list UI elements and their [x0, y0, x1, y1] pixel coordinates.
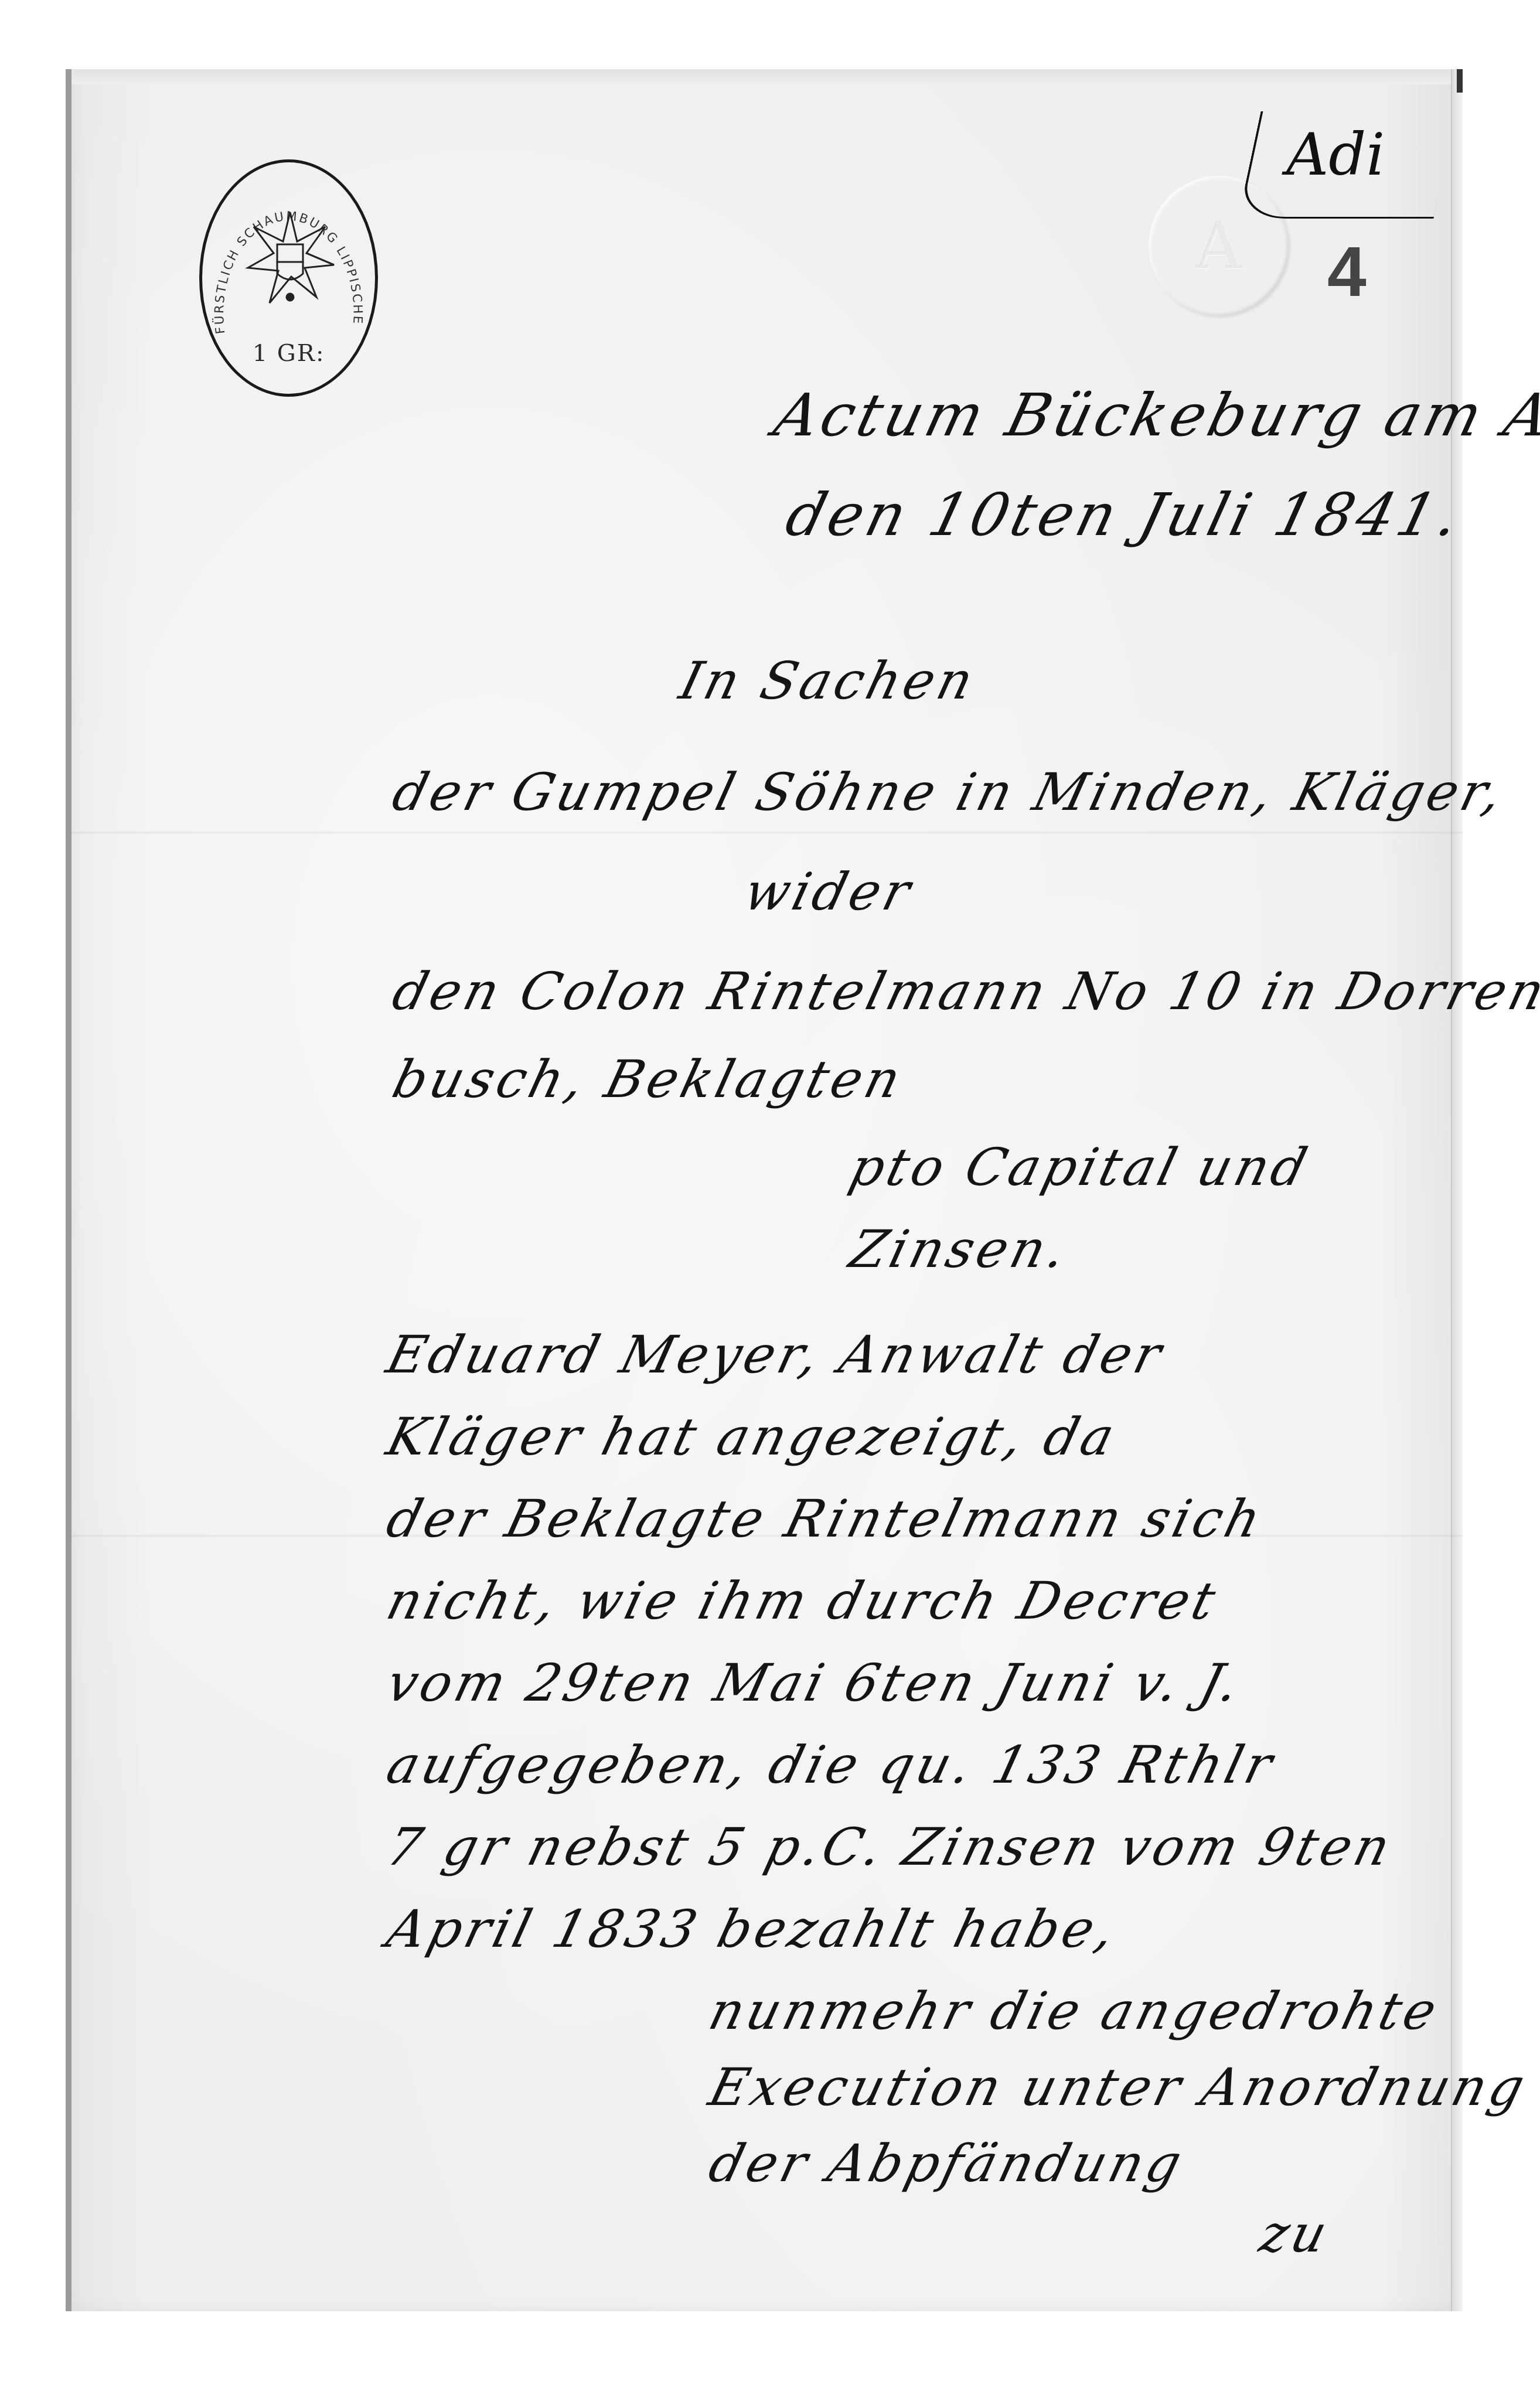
case-defendant-line-1: den Colon Rintelmann No 10 in Dorren-: [387, 961, 1540, 1021]
case-versus: wider: [738, 861, 920, 922]
star-crest-icon: [243, 209, 337, 309]
body-line: nicht, wie ihm durch Decret: [381, 1571, 1225, 1631]
case-plaintiff: der Gumpel Söhne in Minden, Kläger,: [387, 762, 1512, 822]
case-in-re: In Sachen: [674, 650, 983, 711]
body-line: Kläger hat angezeigt, da: [381, 1406, 1124, 1467]
heading-line-1: Actum Bückeburg am Amte: [768, 381, 1540, 449]
paper-fold: [71, 831, 1463, 834]
body-line: aufgegeben, die qu. 133 Rthlr: [381, 1735, 1282, 1795]
case-subject-line-2: Zinsen.: [844, 1219, 1076, 1279]
body-line: 7 gr nebst 5 p.C. Zinsen vom 9ten: [381, 1817, 1399, 1877]
stamp-value: 1 GR:: [202, 340, 375, 367]
revenue-stamp: FÜRSTLICH SCHAUMBURG LIPPISCHE STEMPEL 1…: [199, 159, 378, 397]
body-line: der Beklagte Rintelmann sich: [381, 1488, 1270, 1549]
body-line: vom 29ten Mai 6ten Juni v. J.: [381, 1653, 1249, 1713]
body-line: der Abpfändung: [703, 2133, 1191, 2193]
body-line: nunmehr die angedrohte: [703, 1981, 1446, 2041]
body-line: April 1833 bezahlt habe,: [381, 1899, 1125, 1959]
body-line: Eduard Meyer, Anwalt der: [381, 1324, 1171, 1385]
heading-line-2: den 10ten Juli 1841.: [779, 481, 1470, 549]
folio-reference: Adi: [1286, 120, 1385, 189]
page-corner-mark: [1457, 69, 1463, 93]
page-top-edge: [71, 69, 1463, 84]
case-subject-line-1: pto Capital und: [844, 1137, 1316, 1197]
folio-page-number: 4: [1327, 231, 1367, 312]
case-defendant-line-2: busch, Beklagten: [387, 1049, 910, 1109]
body-line: Execution unter Anordnung: [703, 2057, 1534, 2117]
